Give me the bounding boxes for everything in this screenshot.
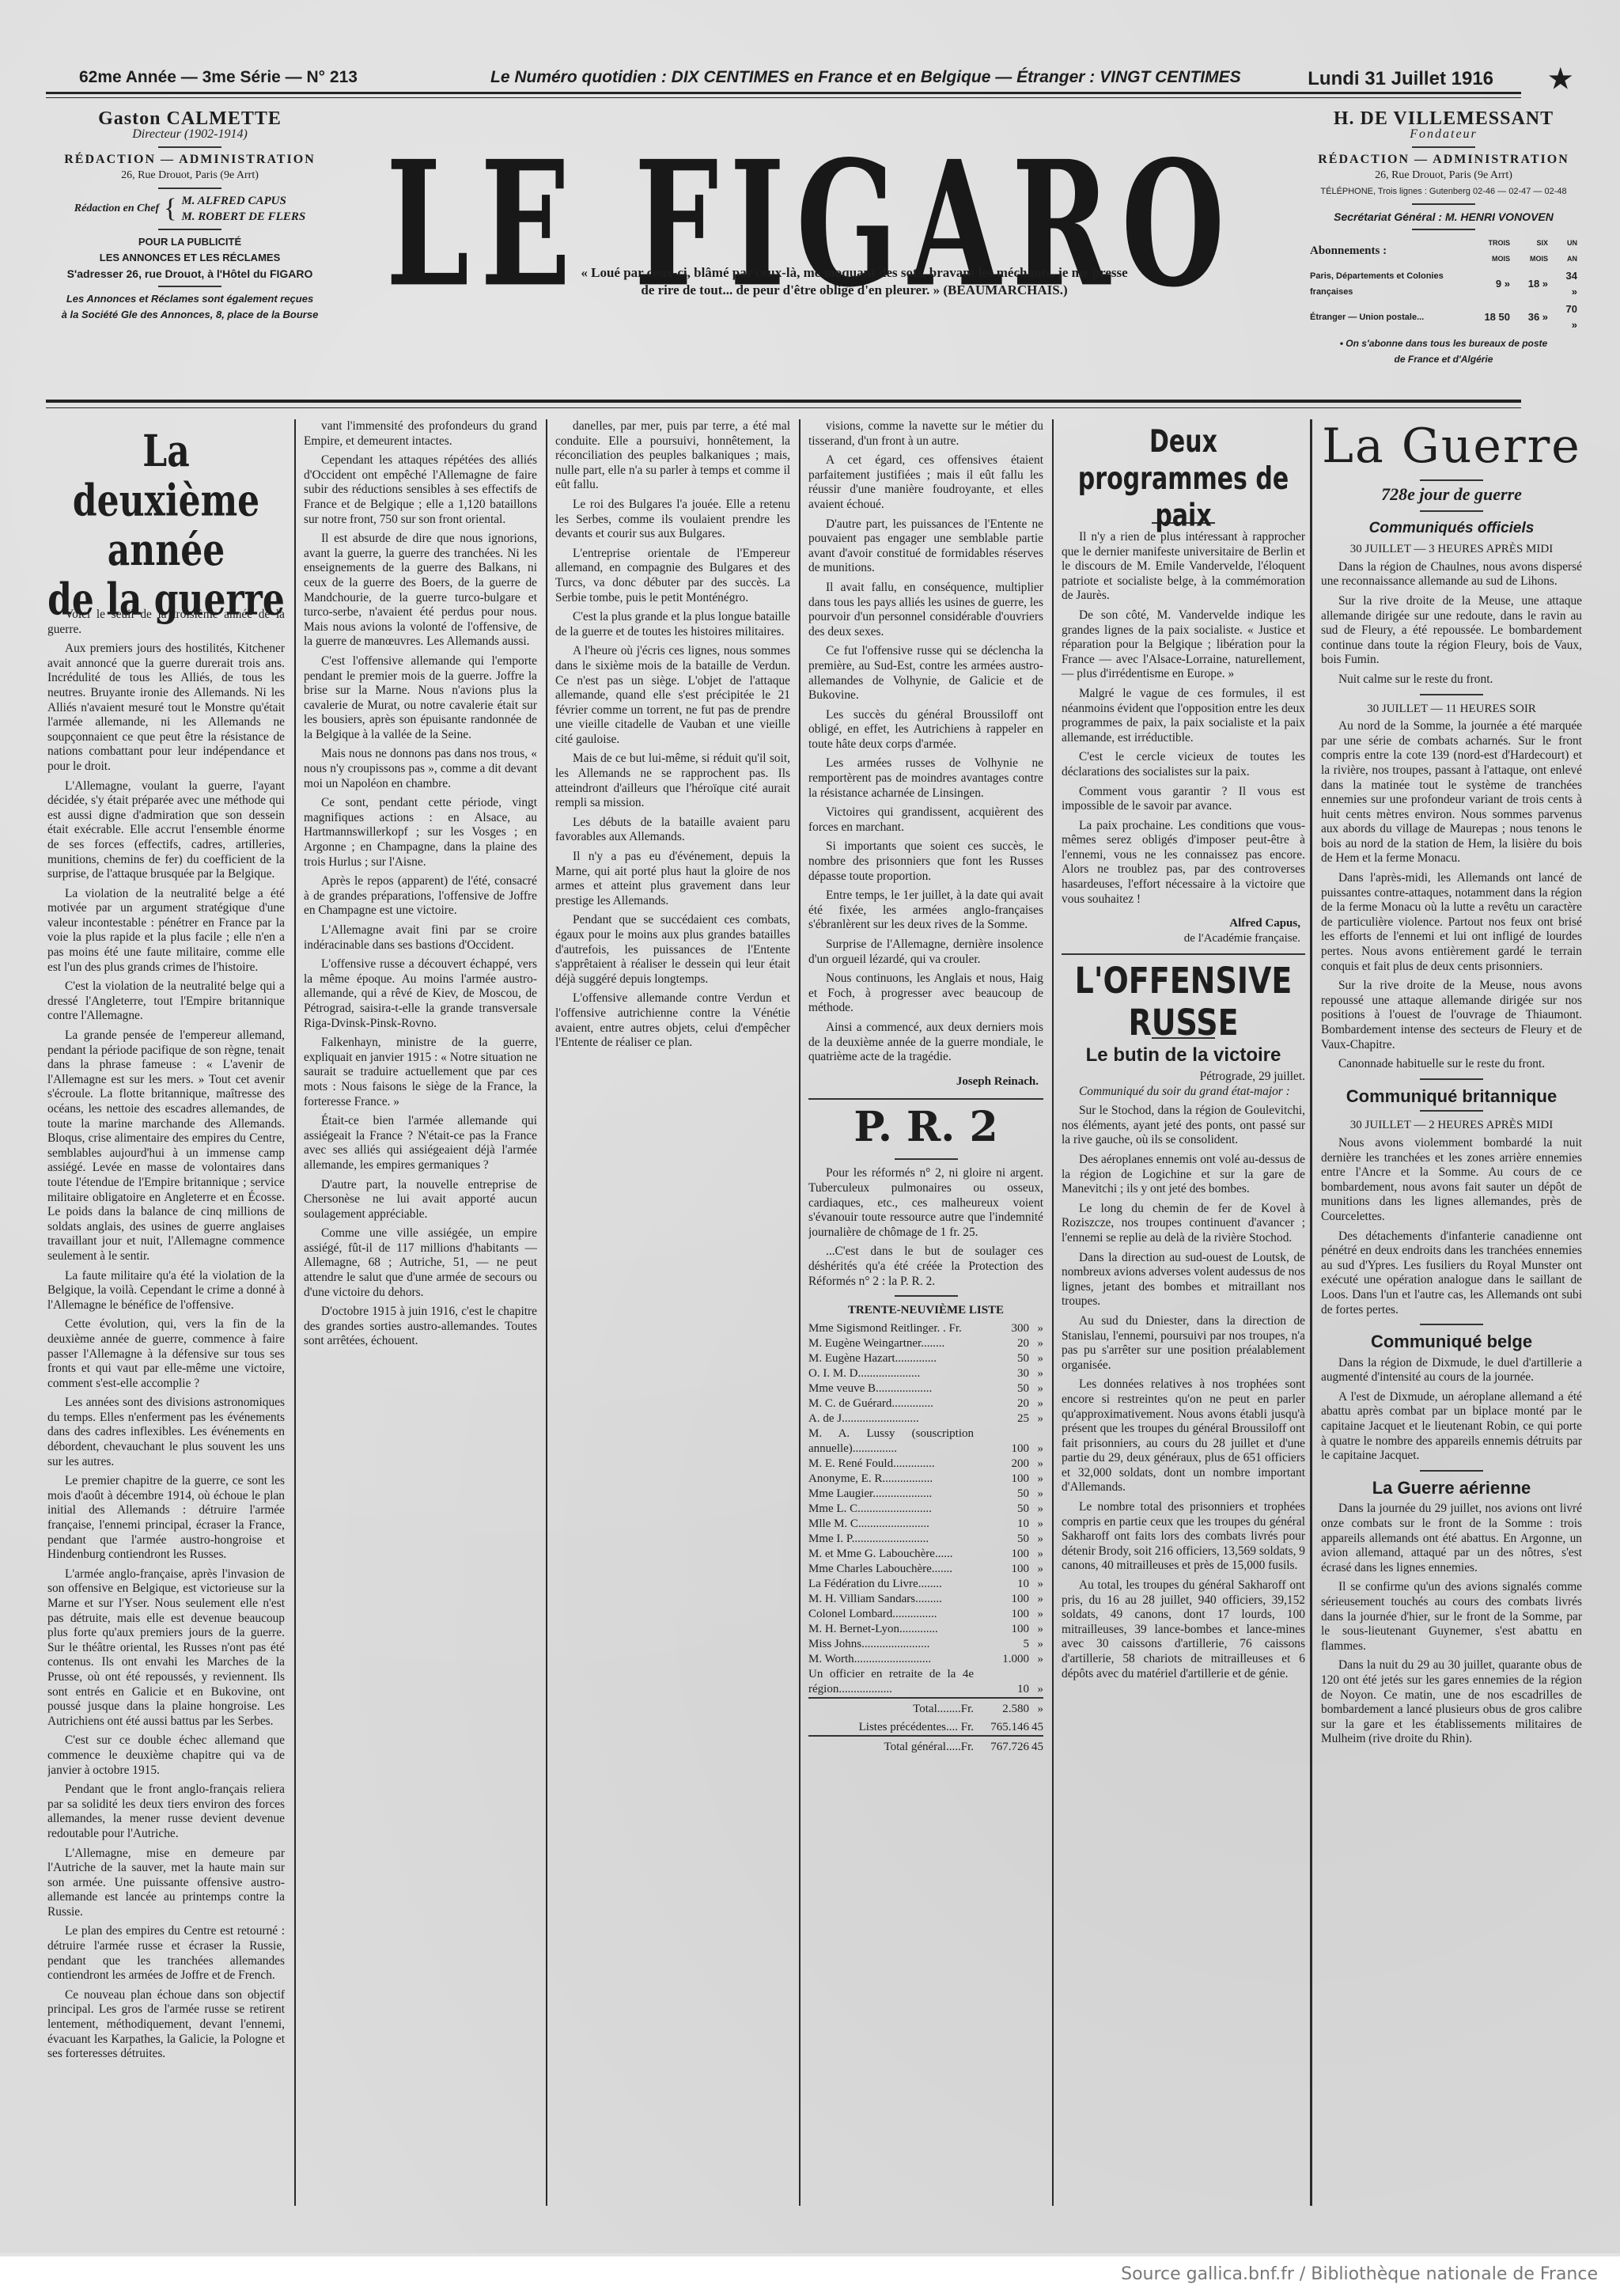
paragraph: C'est sur ce double échec allemand que c… [47,1733,285,1778]
subs-row-label: Étranger — Union postale... [1305,301,1468,334]
donor-amount: 50 [974,1502,1029,1517]
donor-row: M. Worth..........................1.000» [808,1652,1043,1667]
donor-row: Mlle M. C........................10» [808,1517,1043,1532]
issue-line: 62me Année — 3me Série — N° 213 Le Numér… [79,68,1525,89]
donor-name: M. H. Bernet-Lyon............. [808,1622,974,1637]
paragraph: vant l'immensité des profondeurs du gran… [304,419,537,449]
divider [1420,1470,1483,1472]
donor-cents: » [1029,1487,1043,1502]
donor-row: Mme Sigismond Reitlinger. . Fr.300» [808,1321,1043,1336]
war-day: 728e jour de guerre [1321,487,1582,502]
pr2-title: P. R. 2 [808,1103,1043,1152]
paragraph: Dans la direction au sud-ouest de Loutsk… [1062,1251,1305,1309]
donor-row: Mme I. P..........................50» [808,1532,1043,1547]
chief-1: M. ALFRED CAPUS [181,193,305,209]
donor-cents: » [1029,1381,1043,1396]
donor-row: M. A. Lussy (souscription annuelle).....… [808,1426,1043,1457]
donor-cents: » [1029,1457,1043,1472]
donor-row: Mme L. C.........................50» [808,1502,1043,1517]
donor-cents: » [1029,1652,1043,1667]
paragraph: Les données relatives à nos trophées son… [1062,1377,1305,1495]
donor-cents: » [1029,1321,1043,1336]
article-title-offensive-russe: L'OFFENSIVE RUSSE [1062,960,1305,1044]
donor-row: O. I. M. D.....................30» [808,1366,1043,1381]
paragraph: Les armées russes de Volhynie ne remport… [808,756,1043,801]
paragraph: C'est la plus grande et la plus longue b… [555,610,790,639]
ornament [158,286,221,287]
pr2-body: Pour les réformés n° 2, ni gloire ni arg… [808,1166,1043,1289]
chief-label: Rédaction en Chef [74,201,159,217]
donor-cents: » [1029,1667,1043,1697]
donor-row: A. de J..........................25» [808,1411,1043,1426]
donor-name: M. et Mme G. Labouchère...... [808,1547,974,1562]
paragraph: visions, comme la navette sur le métier … [808,419,1043,449]
divider [1420,694,1483,695]
paragraph: danelles, par mer, puis par terre, a été… [555,419,790,493]
paragraph: C'est la violation de la neutralité belg… [47,979,285,1024]
subs-col: TROIS MOIS [1468,234,1515,267]
ornament [1412,203,1475,205]
director-title: Directeur (1902-1914) [55,127,324,142]
ornament [895,1295,958,1297]
column-1: La deuxième année de la guerre Voici le … [47,419,285,2206]
donor-name: Mme Laugier.................... [808,1487,974,1502]
paragraph: Le long du chemin de fer de Kovel à Rozi… [1062,1202,1305,1246]
founder-name: H. DE VILLEMESSANT [1305,111,1582,127]
donor-name: Anonyme, E. R................. [808,1472,974,1487]
donor-name: M. A. Lussy (souscription annuelle).....… [808,1426,974,1457]
article-body: visions, comme la navette sur le métier … [808,419,1043,1070]
paragraph: La grande pensée de l'empereur allemand,… [47,1029,285,1264]
donor-cents: » [1029,1532,1043,1547]
pub-line-3: S'adresser 26, rue Drouot, à l'Hôtel du … [55,266,324,282]
ornament [158,146,221,148]
paragraph: L'entreprise orientale de l'Empereur all… [555,547,790,605]
paragraph: Les débuts de la bataille avaient paru f… [555,816,790,845]
donor-row: Anonyme, E. R.................100» [808,1472,1043,1487]
paragraph: Dans la journée du 29 juillet, nos avion… [1321,1502,1582,1575]
paragraph: Falkenhayn, ministre de la guerre, expli… [304,1036,537,1109]
donor-row: Un officier en retraite de la 4e région.… [808,1667,1043,1697]
donor-cents: » [1029,1351,1043,1366]
donor-name: M. Eugène Hazart.............. [808,1351,974,1366]
donor-amount: 20 [974,1396,1029,1411]
motto-line-2: de rire de tout... de peur d'être obligé… [554,282,1155,299]
donor-cents: » [1029,1517,1043,1532]
donor-row: M. H. Bernet-Lyon.............100» [808,1622,1043,1637]
subs-value: 34 » [1553,267,1582,301]
donor-amount: 100 [974,1472,1029,1487]
total-label: Total........Fr. [808,1698,974,1717]
paragraph: Le premier chapitre de la guerre, ce son… [47,1474,285,1563]
donor-totals: Total........Fr. 2.580 » Listes précéden… [808,1697,1043,1755]
column-rule [546,419,547,2206]
article-body: Il n'y a rien de plus intéressant à rapp… [1062,530,1305,911]
donor-name: Colonel Lombard............... [808,1607,974,1622]
column-3: danelles, par mer, puis par terre, a été… [555,419,790,2206]
british-heading: Communiqué britannique [1321,1089,1582,1104]
signature-name: Alfred Capus, [1062,916,1300,931]
donor-row: Mme Charles Labouchère.......100» [808,1562,1043,1577]
intro: Communiqué du soir du grand état-major : [1062,1085,1305,1100]
donor-name: Mlle M. C........................ [808,1517,974,1532]
donor-name: M. Worth.......................... [808,1652,974,1667]
donor-cents: » [1029,1396,1043,1411]
paragraph: Sur la rive droite de la Meuse, nous avo… [1321,979,1582,1052]
paragraph: D'autre part, la nouvelle entreprise de … [304,1178,537,1222]
pub-line-4: Les Annonces et Réclames sont également … [55,291,324,307]
donor-amount: 100 [974,1592,1029,1607]
donor-list: Mme Sigismond Reitlinger. . Fr.300»M. Eu… [808,1321,1043,1697]
donor-cents: » [1029,1547,1043,1562]
paragraph: Mais de ce but lui-même, si réduit qu'il… [555,752,790,810]
paragraph: Des détachements d'infanterie canadienne… [1321,1229,1582,1318]
newspaper-page: 62me Année — 3me Série — N° 213 Le Numér… [0,0,1620,2253]
donor-name: A. de J.......................... [808,1411,974,1426]
donor-amount: 10 [974,1667,1029,1697]
pub-line-5: à la Société Gle des Annonces, 8, place … [55,307,324,323]
paragraph: Pendant que se succédaient ces combats, … [555,913,790,987]
column-rule [1052,419,1054,2206]
donor-name: Mme veuve B................... [808,1381,974,1396]
donor-amount: 300 [974,1321,1029,1336]
donor-amount: 30 [974,1366,1029,1381]
paragraph: L'armée anglo-française, après l'invasio… [47,1567,285,1730]
donor-cents: » [1029,1637,1043,1652]
address: 26, Rue Drouot, Paris (9e Arrt) [1305,168,1582,184]
ornament [1420,510,1483,512]
donor-row: M. C. de Guérard..............20» [808,1396,1043,1411]
total-amount: 2.580 [974,1698,1029,1717]
ornament [1412,229,1475,230]
donor-cents: » [1029,1562,1043,1577]
donor-amount: 100 [974,1547,1029,1562]
dateline: Pétrograde, 29 juillet. [1062,1070,1305,1085]
article-body: vant l'immensité des profondeurs du gran… [304,419,537,1349]
la-guerre-title: La Guerre [1321,419,1582,473]
paragraph: Si importants que soient ces succès, le … [808,839,1043,884]
donor-amount: 100 [974,1607,1029,1622]
donor-name: Un officier en retraite de la 4e région.… [808,1667,974,1697]
telephone: TÉLÉPHONE, Trois lignes : Gutenberg 02-4… [1305,184,1582,199]
paragraph: Il est absurde de dire que nous ignorion… [304,532,537,650]
paragraph: L'Allemagne avait fini par se croire ind… [304,923,537,953]
grand-total-amount: 767.726 [974,1736,1029,1755]
paragraph: Le nombre total des prisonniers et troph… [1062,1500,1305,1574]
donor-row: Colonel Lombard...............100» [808,1607,1043,1622]
paragraph: Ce sont, pendant cette période, vingt ma… [304,796,537,870]
donor-amount: 50 [974,1381,1029,1396]
donor-name: Miss Johns....................... [808,1637,974,1652]
paragraph: Pour les réformés n° 2, ni gloire ni arg… [808,1166,1043,1240]
price-line: Le Numéro quotidien : DIX CENTIMES en Fr… [490,68,1241,87]
article-body: Sur le Stochod, dans la région de Goulev… [1062,1104,1305,1681]
subs-col: UN AN [1553,234,1582,267]
paragraph: Les années sont des divisions astronomiq… [47,1396,285,1469]
motto: « Loué par ceux-ci, blâmé par ceux-là, m… [554,264,1155,299]
paragraph: Ce nouveau plan échoue dans son objectif… [47,1988,285,2062]
paragraph: Surprise de l'Allemagne, dernière insole… [808,938,1043,967]
donor-amount: 1.000 [974,1652,1029,1667]
title-line: de la guerre [47,576,285,626]
address: 26, Rue Drouot, Paris (9e Arrt) [55,168,324,184]
donor-cents: » [1029,1366,1043,1381]
paragraph: Malgré le vague de ces formules, il est … [1062,687,1305,745]
donor-row: Mme Laugier....................50» [808,1487,1043,1502]
donor-name: Mme I. P.......................... [808,1532,974,1547]
donor-row: Mme veuve B...................50» [808,1381,1043,1396]
ornament [1412,146,1475,148]
signature-title: de l'Académie française. [1184,932,1300,945]
paragraph: Victoires qui grandissent, acquièrent de… [808,805,1043,835]
donor-amount: 10 [974,1517,1029,1532]
article-title-programmes: Deux programmes de paix [1062,424,1305,535]
pub-line-2: LES ANNONCES ET LES RÉCLAMES [55,250,324,266]
redaction-label: RÉDACTION — ADMINISTRATION [1305,152,1582,168]
column-rule [294,419,296,2206]
total-cents: » [1029,1698,1043,1717]
paragraph: Le plan des empires du Centre est retour… [47,1924,285,1983]
column-rule [799,419,801,2206]
donor-name: Mme Sigismond Reitlinger. . Fr. [808,1321,974,1336]
divider [808,1098,1043,1100]
paragraph: La paix prochaine. Les conditions que vo… [1062,819,1305,907]
redaction-label: RÉDACTION — ADMINISTRATION [55,152,324,168]
donor-name: Mme Charles Labouchère....... [808,1562,974,1577]
paragraph: Comme une ville assiégée, un empire assi… [304,1226,537,1300]
column-4: visions, comme la navette sur le métier … [808,419,1043,2206]
ornament [1420,1110,1483,1112]
column-5: Deux programmes de paix Il n'y a rien de… [1062,419,1305,2206]
paragraph: Au sud du Dniester, dans la direction de… [1062,1314,1305,1373]
subs-label: Abonnements : [1305,234,1468,267]
column-2: vant l'immensité des profondeurs du gran… [304,419,537,2206]
director-name: Gaston CALMETTE [55,111,324,127]
source-attribution: Source gallica.bnf.fr / Bibliothèque nat… [0,2256,1620,2296]
paragraph: L'offensive allemande contre Verdun et l… [555,991,790,1050]
ornament [895,1158,958,1160]
official-heading: Communiqués officiels [1321,521,1582,536]
paragraph: D'octobre 1915 à juin 1916, c'est le cha… [304,1305,537,1349]
article-subtitle: Le butin de la victoire [1062,1048,1305,1063]
paragraph: Il n'y a rien de plus intéressant à rapp… [1062,530,1305,604]
paragraph: L'offensive russe a découvert échappé, v… [304,957,537,1031]
founder-title: Fondateur [1305,127,1582,142]
donor-cents: » [1029,1622,1043,1637]
subs-note-1: • On s'abonne dans tous les bureaux de p… [1305,335,1582,351]
chief-2: M. ROBERT DE FLERS [181,209,305,225]
paragraph: Les succès du général Broussiloff ont ob… [808,708,1043,752]
paragraph: A l'est de Dixmude, un aéroplane alleman… [1321,1390,1582,1464]
brace: { [164,195,176,222]
subs-value: 36 » [1515,301,1553,334]
ornament [1420,479,1483,481]
paragraph: Entre temps, le 1er juillet, à la date q… [808,888,1043,933]
paragraph: Canonnade habituelle sur le reste du fro… [1321,1057,1582,1072]
paragraph: Dans la région de Chaulnes, nous avons d… [1321,560,1582,589]
paragraph: A cet égard, ces offensives étaient parf… [808,453,1043,512]
donor-row: M. et Mme G. Labouchère......100» [808,1547,1043,1562]
paragraph: Nous continuons, les Anglais et nous, Ha… [808,972,1043,1016]
donor-amount: 100 [974,1622,1029,1637]
donor-row: M. Eugène Hazart..............50» [808,1351,1043,1366]
paragraph: Nuit calme sur le reste du front. [1321,673,1582,688]
paragraph: C'est l'offensive allemande qui l'emport… [304,654,537,743]
donor-amount: 25 [974,1411,1029,1426]
paragraph: Était-ce bien l'armée allemande qui assi… [304,1114,537,1173]
paragraph: C'est le cercle vicieux de toutes les dé… [1062,750,1305,779]
paragraph: A l'heure où j'écris ces lignes, nous so… [555,644,790,747]
donor-cents: » [1029,1577,1043,1592]
donor-cents: » [1029,1502,1043,1517]
paragraph: La faute militaire qu'a été la violation… [47,1269,285,1313]
signature-reinach: Joseph Reinach. [808,1074,1039,1089]
paragraph: Cependant les attaques répétées des alli… [304,453,537,527]
title-line: La deuxième année [47,427,285,576]
star-icon: ★ [1549,63,1573,95]
donor-amount: 50 [974,1487,1029,1502]
top-rule [46,92,1521,98]
subs-col: SIX MOIS [1515,234,1553,267]
dateline: 30 JUILLET — 3 HEURES APRÈS MIDI [1321,542,1582,557]
paragraph: Pendant que le front anglo-français reli… [47,1783,285,1841]
column-rule [1310,419,1312,2206]
divider [1062,953,1305,955]
paragraph: Il avait fallu, en conséquence, multipli… [808,581,1043,639]
subs-value: 18 50 [1468,301,1515,334]
donor-amount: 50 [974,1351,1029,1366]
donor-amount: 50 [974,1532,1029,1547]
donor-cents: » [1029,1592,1043,1607]
subs-value: 9 » [1468,267,1515,301]
belgian-heading: Communiqué belge [1321,1335,1582,1350]
article-body: Voici le seuil de la troisième année de … [47,608,285,2062]
paragraph: La violation de la neutralité belge a ét… [47,887,285,976]
previous-amount: 765.146 [974,1717,1029,1736]
dateline: 30 JUILLET — 2 HEURES APRÈS MIDI [1321,1118,1582,1133]
paragraph: D'autre part, les puissances de l'Entent… [808,517,1043,576]
paragraph: Comment vous garantir ? Il vous est impo… [1062,785,1305,814]
article-body: danelles, par mer, puis par terre, a été… [555,419,790,1051]
grand-total-cents: 45 [1029,1736,1043,1755]
donor-cents: » [1029,1472,1043,1487]
dateline: 30 JUILLET — 11 HEURES SOIR [1321,702,1582,717]
paragraph: Il se confirme qu'un des avions signalés… [1321,1580,1582,1654]
paragraph: Sur le Stochod, dans la région de Goulev… [1062,1104,1305,1148]
paragraph: Mais nous ne donnons pas dans nos trous,… [304,747,537,791]
paragraph: Il n'y a pas eu d'événement, depuis la M… [555,850,790,908]
paragraph: Aux premiers jours des hostilités, Kitch… [47,642,285,774]
donor-name: M. Eugène Weingartner........ [808,1336,974,1351]
donor-name: M. C. de Guérard.............. [808,1396,974,1411]
subs-value: 70 » [1553,301,1582,334]
article-title-deuxieme-annee: La deuxième année de la guerre [47,427,285,625]
donor-cents: » [1029,1607,1043,1622]
paragraph: Dans l'après-midi, les Allemands ont lan… [1321,871,1582,974]
ornament [158,229,221,230]
donor-name: O. I. M. D..................... [808,1366,974,1381]
previous-cents: 45 [1029,1717,1043,1736]
column-6: La Guerre 728e jour de guerre Communiqué… [1321,419,1582,2206]
donor-amount: 10 [974,1577,1029,1592]
divider [1420,1078,1483,1080]
masthead-rule [46,400,1521,408]
ornament [158,188,221,189]
paragraph: Ainsi a commencé, aux deux derniers mois… [808,1021,1043,1065]
paragraph: Le roi des Bulgares l'a jouée. Elle a re… [555,498,790,542]
issue-number: 62me Année — 3me Série — N° 213 [79,68,358,87]
donor-row: M. H. Villiam Sandars.........100» [808,1592,1043,1607]
subscriptions-table: Abonnements : TROIS MOIS SIX MOIS UN AN … [1305,234,1582,334]
grand-total-label: Total général.....Fr. [808,1736,974,1755]
donor-amount: 200 [974,1457,1029,1472]
paragraph: Nous avons violemment bombardé la nuit d… [1321,1136,1582,1225]
divider [1420,1324,1483,1325]
masthead-left: Gaston CALMETTE Directeur (1902-1914) RÉ… [55,111,324,323]
donor-amount: 100 [974,1426,1029,1457]
pub-line-1: POUR LA PUBLICITÉ [55,234,324,250]
donor-amount: 5 [974,1637,1029,1652]
previous-label: Listes précédentes.... Fr. [808,1717,974,1736]
paragraph: L'Allemagne, mise en demeure par l'Autri… [47,1847,285,1920]
paragraph: Des aéroplanes ennemis ont volé au-dessu… [1062,1153,1305,1197]
paragraph: De son côté, M. Vandervelde indique les … [1062,608,1305,682]
donor-row: Miss Johns.......................5» [808,1637,1043,1652]
paragraph: Dans la région de Dixmude, le duel d'art… [1321,1356,1582,1385]
paragraph: Au total, les troupes du général Sakharo… [1062,1578,1305,1681]
paragraph: L'Allemagne, voulant la guerre, l'ayant … [47,779,285,882]
donor-name: La Fédération du Livre........ [808,1577,974,1592]
pr2-list-title: TRENTE-NEUVIÈME LISTE [808,1303,1043,1318]
paragraph: Sur la rive droite de la Meuse, une atta… [1321,594,1582,668]
subs-note-2: de France et d'Algérie [1305,351,1582,367]
paragraph: Au nord de la Somme, la journée a été ma… [1321,719,1582,866]
donor-cents: » [1029,1411,1043,1426]
paragraph: Après le repos (apparent) de l'été, cons… [304,874,537,919]
subs-value: 18 » [1515,267,1553,301]
subs-row-label: Paris, Départements et Colonies français… [1305,267,1468,301]
donor-row: La Fédération du Livre........10» [808,1577,1043,1592]
air-war-heading: La Guerre aérienne [1321,1481,1582,1496]
donor-name: M. H. Villiam Sandars......... [808,1592,974,1607]
donor-name: Mme L. C......................... [808,1502,974,1517]
secretary: Secrétariat Général : M. HENRI VONOVEN [1305,209,1582,225]
paragraph: Dans la nuit du 29 au 30 juillet, quaran… [1321,1658,1582,1747]
donor-cents: » [1029,1426,1043,1457]
donor-cents: » [1029,1336,1043,1351]
paragraph: ...C'est dans le but de soulager ces dés… [808,1245,1043,1289]
donor-row: M. E. René Fould..............200» [808,1457,1043,1472]
signature-capus: Alfred Capus, de l'Académie française. [1062,916,1300,945]
paragraph: Ce fut l'offensive russe qui se déclench… [808,644,1043,703]
donor-name: M. E. René Fould.............. [808,1457,974,1472]
donor-amount: 20 [974,1336,1029,1351]
motto-line-1: « Loué par ceux-ci, blâmé par ceux-là, m… [554,264,1155,282]
donor-row: M. Eugène Weingartner........20» [808,1336,1043,1351]
paragraph: Cette évolution, qui, vers la fin de la … [47,1317,285,1391]
issue-date: Lundi 31 Juillet 1916 [1308,68,1493,90]
masthead-right: H. DE VILLEMESSANT Fondateur RÉDACTION —… [1305,111,1582,367]
donor-amount: 100 [974,1562,1029,1577]
